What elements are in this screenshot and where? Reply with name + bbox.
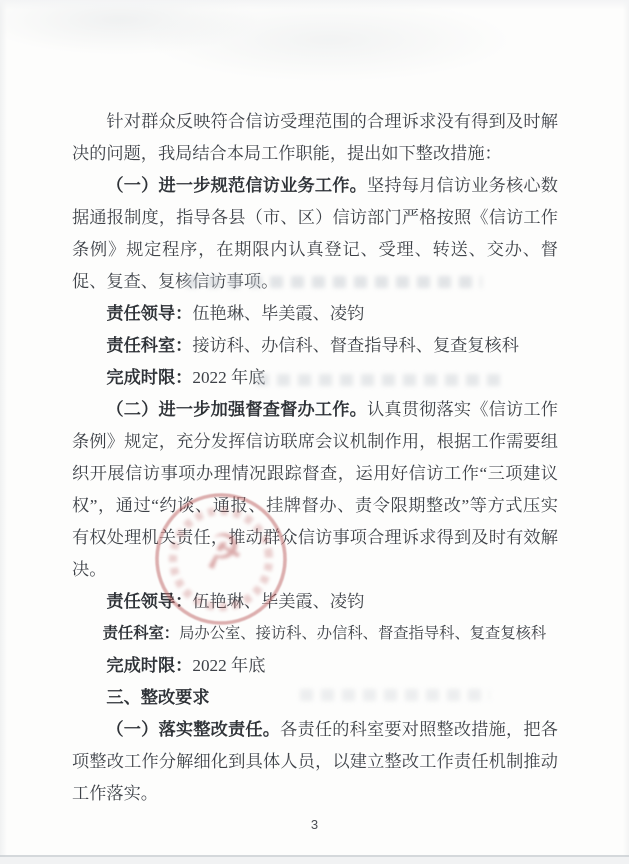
paragraph-text: 接访科、办信科、督查指导科、复查复核科 [192,336,519,355]
paragraph: 责任领导：伍艳琳、毕美霞、凌钧 [72,298,558,330]
paragraph: （一）落实整改责任。各责任的科室要对照整改措施，把各项整改工作分解细化到具体人员… [72,714,558,810]
paragraph-lead-text: 责任科室： [106,336,192,355]
paragraph-text: 伍艳琳、毕美霞、凌钧 [192,304,364,323]
document-body: 针对群众反映符合信访受理范围的合理诉求没有得到及时解决的问题，我局结合本局工作职… [72,106,558,810]
paragraph: 责任科室：局办公室、接访科、办信科、督查指导科、复查复核科 [72,618,558,650]
paragraph: （二）进一步加强督查督办工作。认真贯彻落实《信访工作条例》规定，充分发挥信访联席… [72,394,558,586]
paragraph-lead-text: 完成时限： [106,656,192,675]
scan-edge-strip [0,857,629,864]
paragraph: 完成时限：2022 年底 [72,362,558,394]
paragraph-lead-text: （二）进一步加强督查督办工作。 [106,400,367,419]
paragraph-text: 伍艳琳、毕美霞、凌钧 [192,592,364,611]
paragraph: 三、整改要求 [72,682,558,714]
paragraph-text: 2022 年底 [192,368,265,387]
paragraph: 针对群众反映符合信访受理范围的合理诉求没有得到及时解决的问题，我局结合本局工作职… [72,106,558,170]
paragraph: （一）进一步规范信访业务工作。坚持每月信访业务核心数据通报制度，指导各县（市、区… [72,170,558,298]
paragraph-text: 针对群众反映符合信访受理范围的合理诉求没有得到及时解决的问题，我局结合本局工作职… [72,112,558,163]
paragraph-lead-text: （一）进一步规范信访业务工作。 [106,176,367,195]
paragraph: 完成时限：2022 年底 [72,650,558,682]
paragraph-lead-text: 责任科室： [103,625,180,642]
paragraph: 责任科室：接访科、办信科、督查指导科、复查复核科 [72,330,558,362]
paragraph-lead-text: （一）落实整改责任。 [106,720,280,739]
paragraph-lead-text: 责任领导： [106,304,192,323]
paragraph-text: 认真贯彻落实《信访工作条例》规定，充分发挥信访联席会议机制作用，根据工作需要组织… [72,400,558,579]
scanned-document-page: 针对群众反映符合信访受理范围的合理诉求没有得到及时解决的问题，我局结合本局工作职… [0,0,629,864]
paragraph-lead-text: 责任领导： [106,592,192,611]
paragraph-text: 2022 年底 [192,656,265,675]
paragraph-lead-text: 三、整改要求 [106,688,209,707]
paragraph-lead-text: 完成时限： [106,368,192,387]
paragraph: 责任领导：伍艳琳、毕美霞、凌钧 [72,586,558,618]
page-number: 3 [0,817,629,832]
paragraph-text: 局办公室、接访科、办信科、督查指导科、复查复核科 [179,625,546,642]
